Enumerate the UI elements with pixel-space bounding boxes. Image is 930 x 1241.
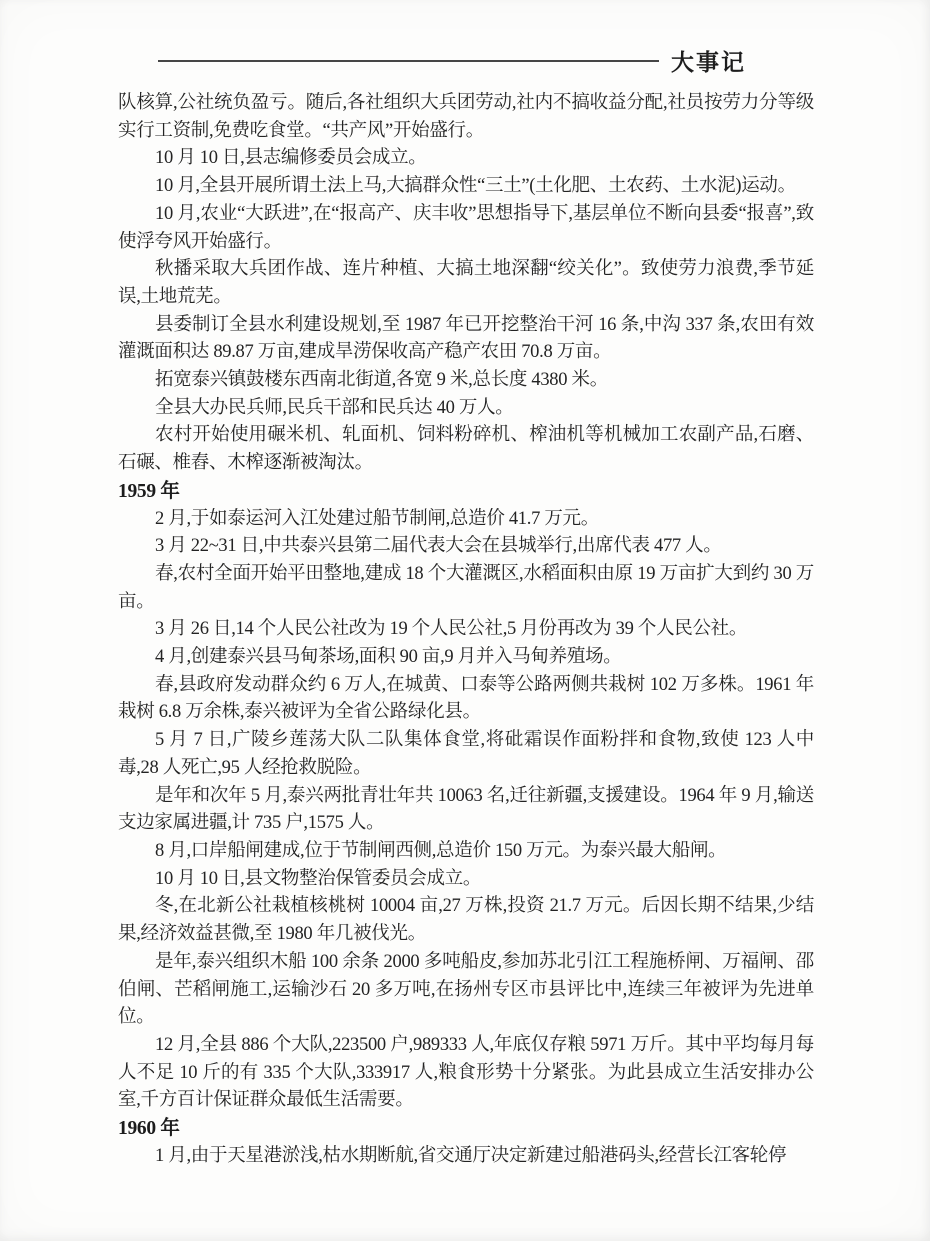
scanned-chronicle-page: 大事记 队核算,公社统负盈亏。随后,各社组织大兵团劳动,社内不搞收益分配,社员按…	[0, 0, 930, 1241]
year-heading: 1960 年	[118, 1115, 814, 1143]
chronicle-paragraph: 8 月,口岸船闸建成,位于节制闸西侧,总造价 150 万元。为泰兴最大船闸。	[118, 838, 814, 866]
chronicle-paragraph: 春,农村全面开始平田整地,建成 18 个大灌溉区,水稻面积由原 19 万亩扩大到…	[118, 561, 814, 616]
page-title: 大事记	[671, 44, 746, 77]
chronicle-paragraph: 是年,泰兴组织木船 100 余条 2000 多吨船皮,参加苏北引江工程施桥闸、万…	[118, 949, 814, 1032]
chronicle-paragraph: 冬,在北新公社栽植核桃树 10004 亩,27 万株,投资 21.7 万元。后因…	[118, 893, 814, 948]
chronicle-paragraph: 是年和次年 5 月,泰兴两批青壮年共 10063 名,迁往新疆,支援建设。196…	[118, 783, 814, 838]
chronicle-paragraph: 队核算,公社统负盈亏。随后,各社组织大兵团劳动,社内不搞收益分配,社员按劳力分等…	[118, 90, 814, 145]
chronicle-paragraph: 10 月,全县开展所谓土法上马,大搞群众性“三土”(土化肥、土农药、土水泥)运动…	[118, 173, 814, 201]
header-rule-line	[158, 60, 659, 62]
chronicle-paragraph: 县委制订全县水利建设规划,至 1987 年已开挖整治干河 16 条,中沟 337…	[118, 312, 814, 367]
chronicle-paragraph: 2 月,于如泰运河入江处建过船节制闸,总造价 41.7 万元。	[118, 506, 814, 534]
page-header: 大事记	[158, 44, 746, 77]
chronicle-paragraph: 10 月 10 日,县文物整治保管委员会成立。	[118, 866, 814, 894]
chronicle-paragraph: 秋播采取大兵团作战、连片种植、大搞土地深翻“绞关化”。致使劳力浪费,季节延误,土…	[118, 256, 814, 311]
chronicle-paragraph: 拓宽泰兴镇鼓楼东西南北街道,各宽 9 米,总长度 4380 米。	[118, 367, 814, 395]
chronicle-paragraph: 10 月,农业“大跃进”,在“报高产、庆丰收”思想指导下,基层单位不断向县委“报…	[118, 201, 814, 256]
chronicle-paragraph: 4 月,创建泰兴县马甸茶场,面积 90 亩,9 月并入马甸养殖场。	[118, 644, 814, 672]
chronicle-paragraph: 农村开始使用碾米机、轧面机、饲料粉碎机、榨油机等机械加工农副产品,石磨、石碾、椎…	[118, 422, 814, 477]
chronicle-paragraph: 1 月,由于天星港淤浅,枯水期断航,省交通厅决定新建过船港码头,经营长江客轮停	[118, 1143, 814, 1171]
year-heading: 1959 年	[118, 478, 814, 506]
chronicle-paragraph: 10 月 10 日,县志编修委员会成立。	[118, 145, 814, 173]
chronicle-paragraph: 3 月 26 日,14 个人民公社改为 19 个人民公社,5 月份再改为 39 …	[118, 616, 814, 644]
chronicle-paragraph: 5 月 7 日,广陵乡莲荡大队二队集体食堂,将砒霜误作面粉拌和食物,致使 123…	[118, 727, 814, 782]
chronicle-paragraph: 春,县政府发动群众约 6 万人,在城黄、口泰等公路两侧共栽树 102 万多株。1…	[118, 672, 814, 727]
chronicle-paragraph: 3 月 22~31 日,中共泰兴县第二届代表大会在县城举行,出席代表 477 人…	[118, 533, 814, 561]
chronicle-paragraph: 全县大办民兵师,民兵干部和民兵达 40 万人。	[118, 395, 814, 423]
chronicle-content: 队核算,公社统负盈亏。随后,各社组织大兵团劳动,社内不搞收益分配,社员按劳力分等…	[118, 90, 814, 1170]
chronicle-paragraph: 12 月,全县 886 个大队,223500 户,989333 人,年底仅存粮 …	[118, 1032, 814, 1115]
